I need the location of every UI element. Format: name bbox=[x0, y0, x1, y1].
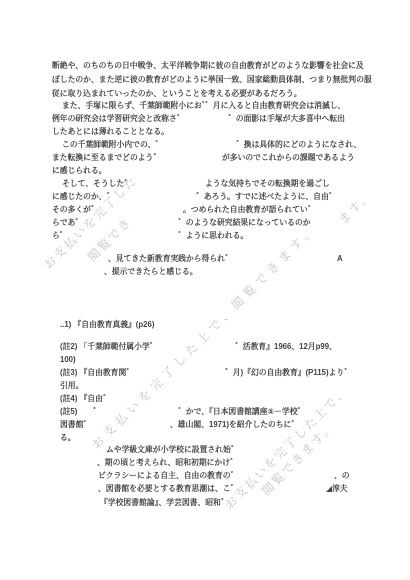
text-line: ゛のような研究結果になっているのか bbox=[178, 218, 311, 228]
text-line: 図書館゛ bbox=[60, 420, 91, 430]
text-line: ゛活教育』1966、12月p99、 bbox=[235, 342, 337, 352]
text-line: A bbox=[337, 254, 343, 264]
text-line: 100) bbox=[60, 355, 76, 365]
text-line: ぼしたのか、また逆に彼の教育がどのように挙国一致、国家総動員体制、つまり無批判の… bbox=[52, 75, 372, 85]
text-line: 引用。 bbox=[60, 381, 83, 391]
text-line: (註4) 『自由゛ bbox=[60, 394, 111, 404]
text-line: 、雄山閣、1971)を紹介したのちに゛ bbox=[170, 420, 299, 430]
text-line: ら゛ bbox=[52, 231, 68, 241]
text-line: が多いのでこれからの課題であるよう bbox=[222, 153, 355, 163]
text-line: また、手塚に限らず、千葉師範附小にお゛ bbox=[62, 101, 210, 111]
text-line: したあとには薄れることとなる。 bbox=[52, 127, 169, 137]
text-line: ような気持ちでその転換期を過ごし bbox=[205, 179, 330, 189]
text-line: また転換に至るまでどのよう゛ bbox=[52, 153, 161, 163]
text-line: 、提示できたらと感じる。 bbox=[104, 267, 198, 277]
text-line: 、図書館を必要とする教育思潮は、こ゛ bbox=[98, 484, 238, 494]
text-line: ゛月に入ると自由教育研究会は消滅し、 bbox=[205, 101, 345, 111]
text-line: ゛あろう。すでに述べたように、自由゛ bbox=[196, 192, 337, 202]
text-line: ビクラシーによる自主、自由の教育の゛ bbox=[98, 471, 238, 481]
text-line: 従に取り込まれていったのか、ということを考える必要があるだろう。 bbox=[52, 89, 302, 99]
text-line: (註3) 『自由教育関゛ bbox=[60, 368, 134, 378]
text-line: らであ゛ bbox=[52, 218, 83, 228]
text-line: 、期の頃と考えられ、昭和初期にかけ゛ bbox=[97, 458, 238, 468]
text-line: その多くが゛ bbox=[52, 205, 99, 215]
text-line: に感じられる。 bbox=[52, 166, 107, 176]
text-line: 『学校図書館論』、学芸図書、昭和゛ bbox=[100, 498, 229, 508]
text-line: 例年の研究会は学習研究会と改称さ゛ bbox=[52, 114, 185, 124]
text-line: ゛の面影は手塚が大多喜中へ転出 bbox=[228, 114, 345, 124]
text-line: る。 bbox=[60, 433, 76, 443]
text-line: ..1) 『自由教育真義』(p26) bbox=[60, 320, 154, 330]
text-line: 断絶や、のちのちの日中戦争、太平洋戦争期に彼の自由教育がどのような影響を社会に及 bbox=[52, 61, 364, 71]
text-line: 、見てきた新教育実践から得られ゛ bbox=[108, 254, 233, 264]
text-line: (註5) bbox=[60, 407, 77, 417]
text-line: ゛換は具体的にどのようになされ、 bbox=[236, 140, 361, 150]
text-line: ムや学級文庫が小学校に設置され始゛ bbox=[106, 445, 239, 455]
text-line: 。つめられた自由教育が語られてい゛ bbox=[183, 205, 316, 215]
watermark-text: ます。 bbox=[336, 188, 375, 227]
text-line: この千葉師範附小内での、゛ bbox=[62, 140, 163, 150]
text-line: ゛かで、『日本図書館講座⑤－学校゛ bbox=[178, 407, 305, 417]
text-line: ゛ように思われる。 bbox=[178, 231, 248, 241]
document-page: お支払いを完了した閲覧できます。お支払いを完了した上で、閲覧できます。お支払いを… bbox=[0, 0, 410, 580]
text-line: (註2) 「千葉師範付属小学゛ bbox=[60, 342, 157, 352]
text-line: 、の bbox=[334, 471, 350, 481]
text-line: ◢淳夫 bbox=[326, 484, 348, 494]
text-line: ゛ bbox=[93, 407, 101, 417]
text-line: ゛月)『幻の自由教育』(P115)より゛ bbox=[225, 368, 352, 378]
text-line: に感じたのか、゛ bbox=[52, 192, 114, 202]
text-line: そして、そうした゛ bbox=[62, 179, 132, 189]
